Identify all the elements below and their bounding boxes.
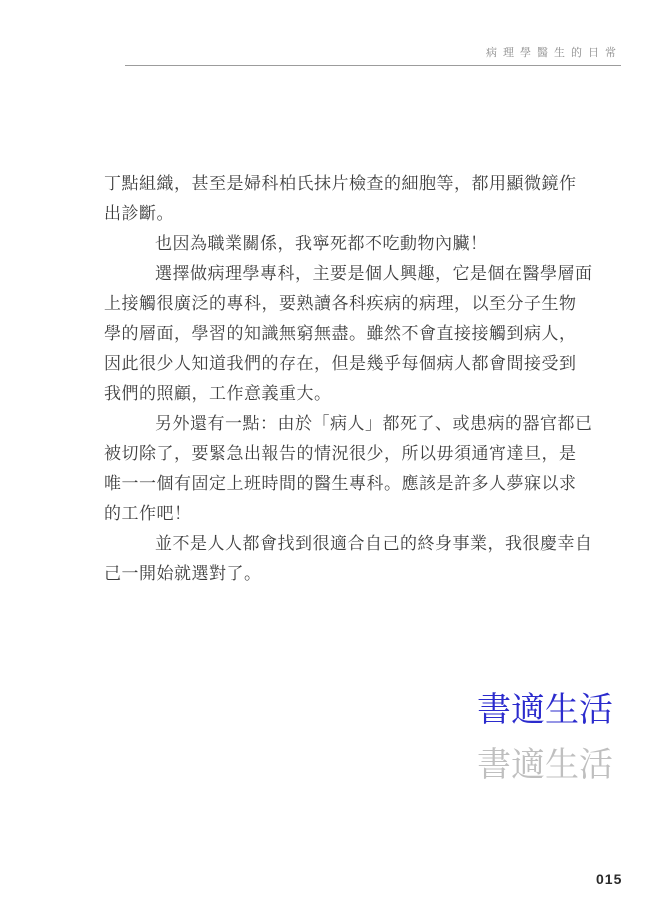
page-number: 015 bbox=[596, 871, 622, 887]
header-rule bbox=[125, 65, 621, 66]
body-text-block: 丁點組織，甚至是婦科柏氏抹片檢查的細胞等，都用顯微鏡作 出診斷。 也因為職業關係… bbox=[104, 169, 604, 589]
text-line: 唯一一個有固定上班時間的醫生專科。應該是許多人夢寐以求 bbox=[104, 469, 604, 499]
text-line: 學的層面，學習的知識無窮無盡。雖然不會直接接觸到病人， bbox=[104, 319, 604, 349]
watermark-secondary: 書適生活 bbox=[477, 737, 613, 786]
running-header-title: 病理學醫生的日常 bbox=[486, 44, 622, 60]
text-line: 我們的照顧，工作意義重大。 bbox=[104, 379, 604, 409]
text-line: 上接觸很廣泛的專科，要熟讀各科疾病的病理，以至分子生物 bbox=[104, 289, 604, 319]
text-line: 出診斷。 bbox=[104, 199, 604, 229]
text-line: 選擇做病理學專科，主要是個人興趣，它是個在醫學層面 bbox=[104, 259, 604, 289]
text-line: 另外還有一點：由於「病人」都死了、或患病的器官都已 bbox=[104, 409, 604, 439]
text-line: 的工作吧！ bbox=[104, 499, 604, 529]
book-page: 病理學醫生的日常 丁點組織，甚至是婦科柏氏抹片檢查的細胞等，都用顯微鏡作 出診斷… bbox=[0, 0, 655, 917]
text-line: 被切除了，要緊急出報告的情況很少，所以毋須通宵達旦，是 bbox=[104, 439, 604, 469]
text-line: 因此很少人知道我們的存在，但是幾乎每個病人都會間接受到 bbox=[104, 349, 604, 379]
text-line: 己一開始就選對了。 bbox=[104, 559, 604, 589]
watermark-primary: 書適生活 bbox=[477, 682, 613, 731]
text-line: 也因為職業關係，我寧死都不吃動物內臟！ bbox=[104, 229, 604, 259]
text-line: 並不是人人都會找到很適合自己的終身事業，我很慶幸自 bbox=[104, 529, 604, 559]
text-line: 丁點組織，甚至是婦科柏氏抹片檢查的細胞等，都用顯微鏡作 bbox=[104, 169, 604, 199]
